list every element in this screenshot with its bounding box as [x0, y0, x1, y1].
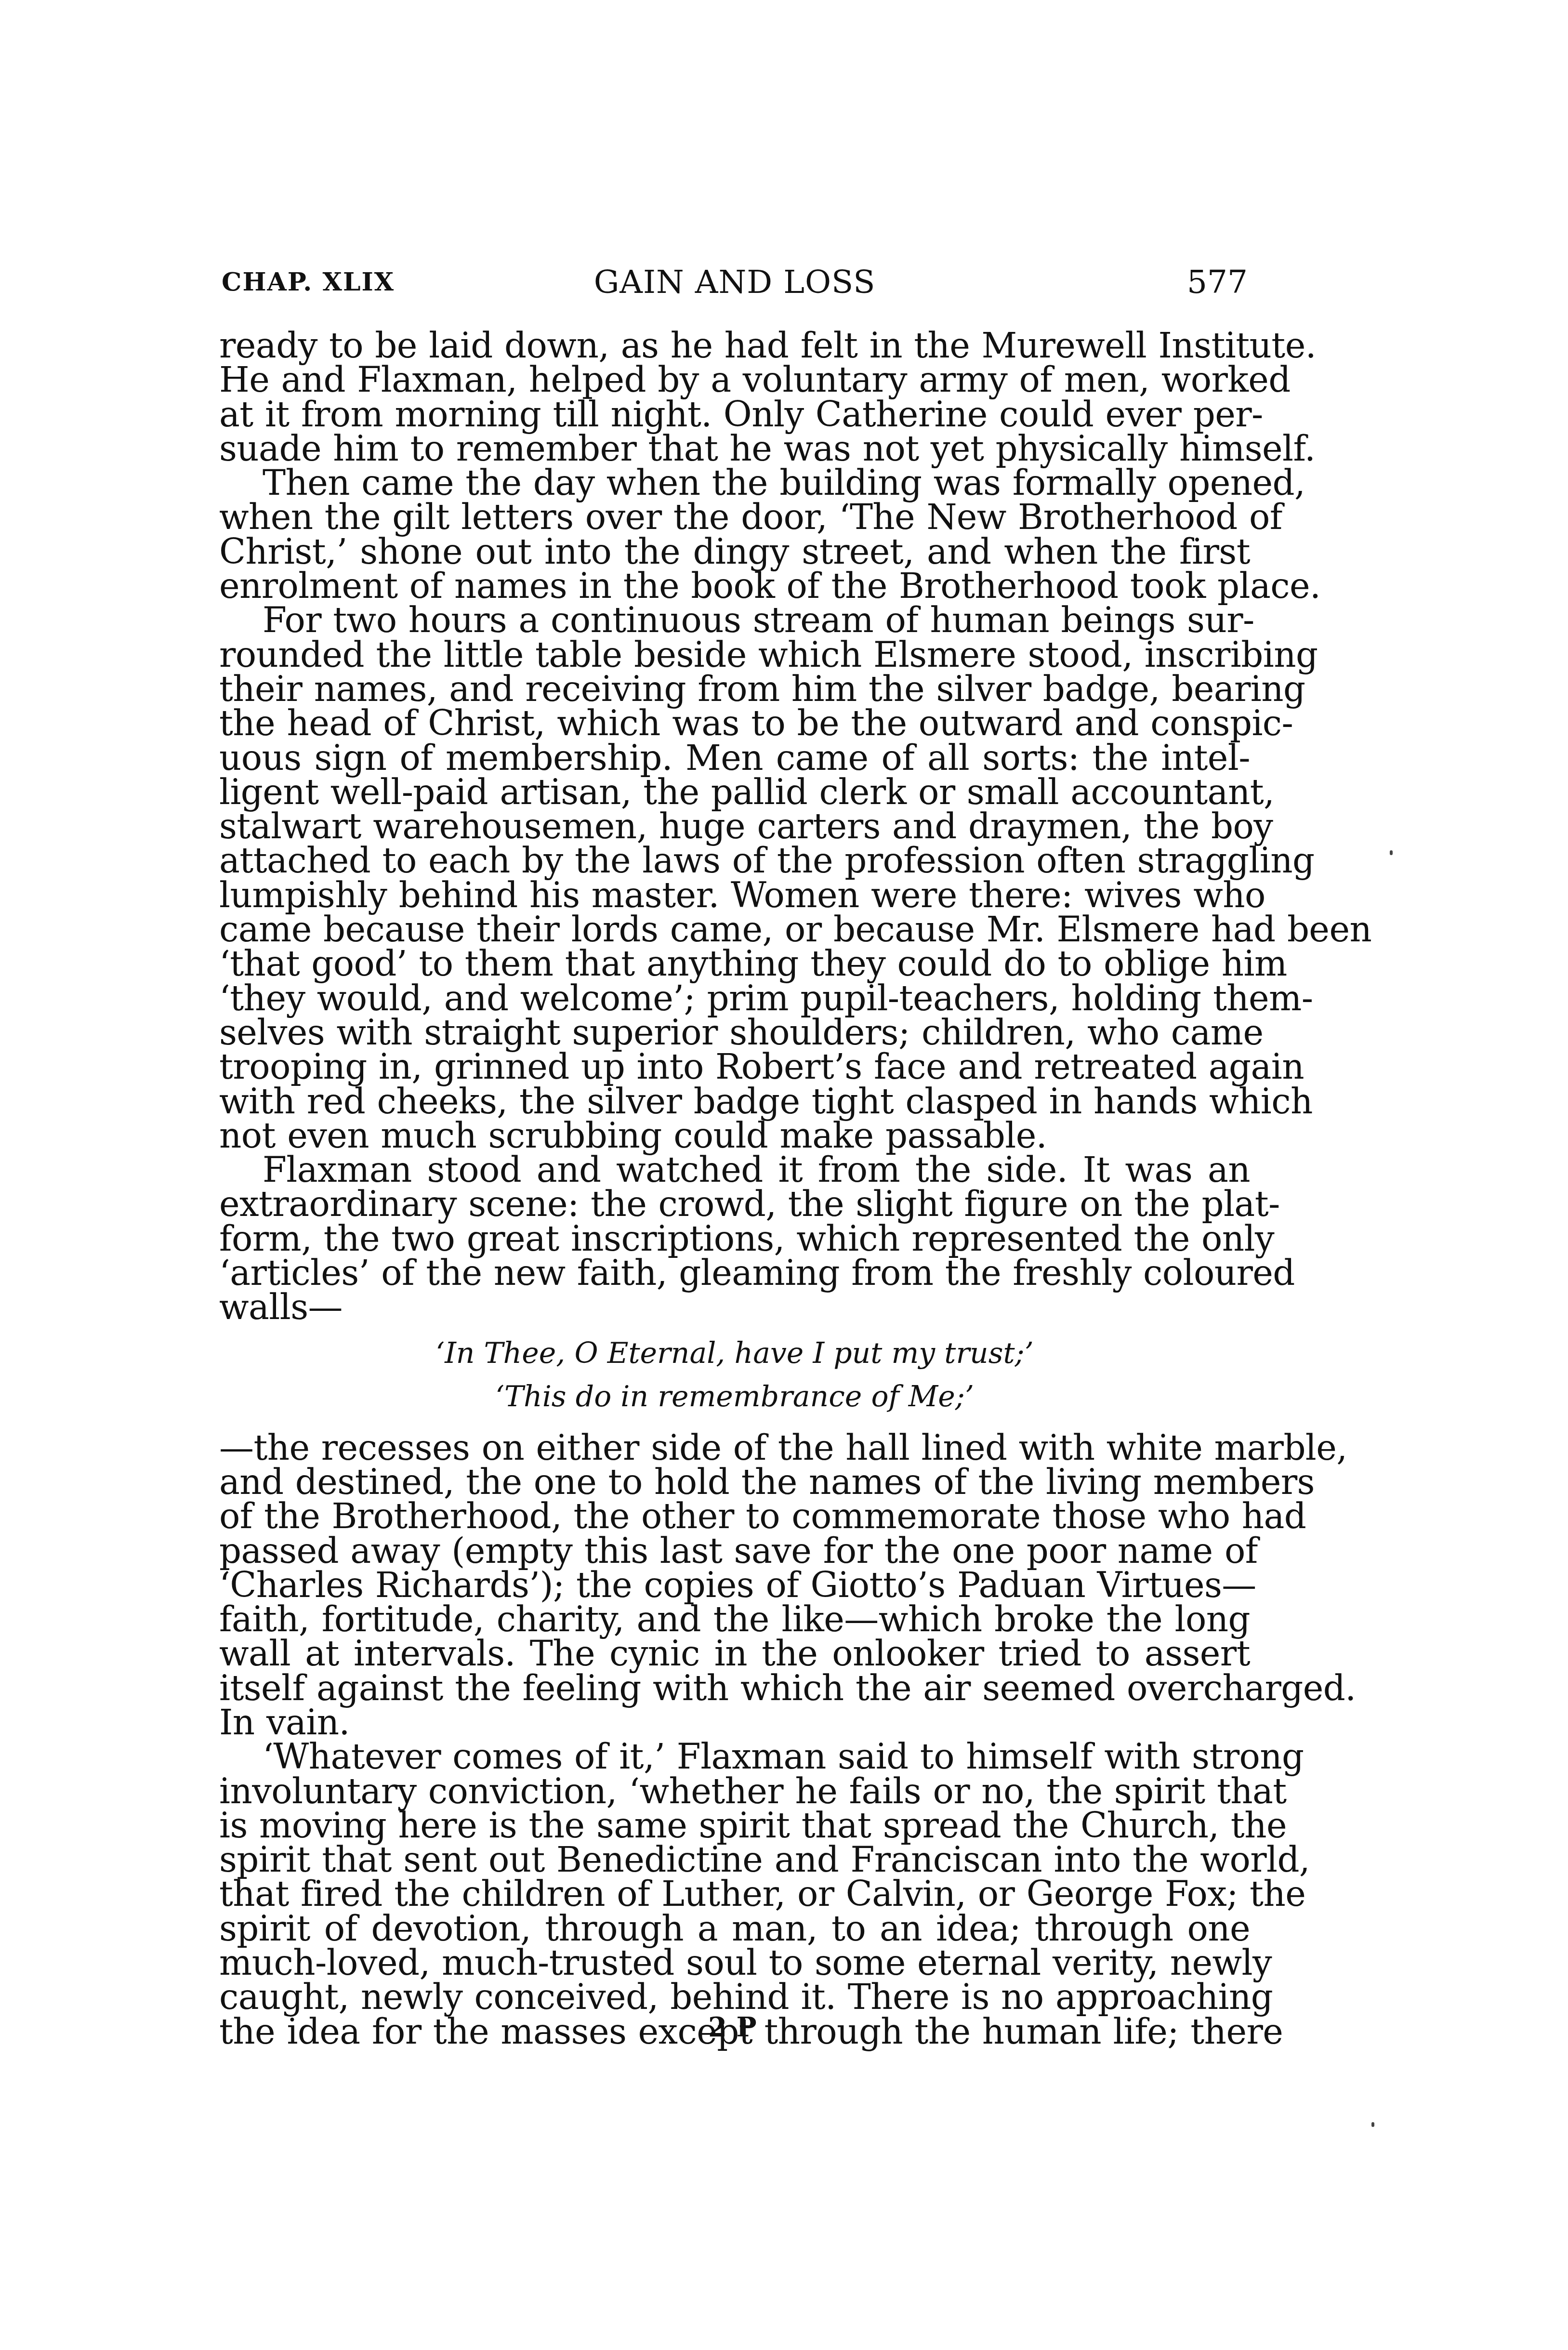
text-line: lumpishly behind his master. Women were … — [219, 878, 1250, 912]
text-line: faith, fortitude, charity, and the like—… — [219, 1602, 1250, 1637]
text-line: attached to each by the laws of the prof… — [219, 844, 1250, 878]
text-line: caught, newly conceived, behind it. Ther… — [219, 1980, 1250, 2014]
paragraph: Then came the day when the building was … — [219, 466, 1250, 603]
text-line: their names, and receiving from him the … — [219, 672, 1250, 706]
text-line: ‘they would, and welcome’; prim pupil-te… — [219, 981, 1250, 1016]
margin-speck — [1371, 2122, 1374, 2127]
paragraph: —the recesses on either side of the hall… — [219, 1431, 1250, 1740]
text-line: ‘Charles Richards’); the copies of Giott… — [219, 1568, 1250, 1602]
text-line: Then came the day when the building was … — [219, 466, 1250, 500]
text-line: He and Flaxman, helped by a voluntary ar… — [219, 363, 1250, 397]
text-line: not even much scrubbing could make passa… — [219, 1119, 1250, 1153]
text-line: the head of Christ, which was to be the … — [219, 706, 1250, 740]
book-page: CHAP. XLIX GAIN AND LOSS 577 ready to be… — [0, 0, 1568, 2350]
signature-mark: 2 P — [708, 2011, 757, 2043]
margin-speck — [1390, 850, 1393, 855]
text-line: came because their lords came, or becaus… — [219, 912, 1250, 947]
text-line: selves with straight superior shoulders;… — [219, 1016, 1250, 1050]
text-line: For two hours a continuous stream of hum… — [219, 603, 1250, 637]
paragraph: ready to be laid down, as he had felt in… — [219, 329, 1250, 466]
text-line: ‘Whatever comes of it,’ Flaxman said to … — [219, 1740, 1250, 1774]
text-line: suade him to remember that he was not ye… — [219, 432, 1250, 466]
text-line: passed away (empty this last save for th… — [219, 1534, 1250, 1568]
text-line: In vain. — [219, 1705, 1250, 1740]
text-line: form, the two great inscriptions, which … — [219, 1222, 1250, 1256]
text-line: when the gilt letters over the door, ‘Th… — [219, 500, 1250, 534]
text-line: —the recesses on either side of the hall… — [219, 1431, 1250, 1465]
inscription-line: ‘In Thee, O Eternal, have I put my trust… — [219, 1332, 1250, 1375]
text-line: much-loved, much-trusted soul to some et… — [219, 1946, 1250, 1980]
page-number: 577 — [1187, 264, 1248, 301]
inscriptions-block: ‘In Thee, O Eternal, have I put my trust… — [219, 1332, 1250, 1418]
inscription-line: ‘This do in remembrance of Me;’ — [219, 1375, 1250, 1418]
text-line: enrolment of names in the book of the Br… — [219, 569, 1250, 603]
text-line: at it from morning till night. Only Cath… — [219, 397, 1250, 432]
paragraph: ‘Whatever comes of it,’ Flaxman said to … — [219, 1740, 1250, 2049]
text-line: ready to be laid down, as he had felt in… — [219, 329, 1250, 363]
paragraph: For two hours a continuous stream of hum… — [219, 603, 1250, 1153]
text-line: that fired the children of Luther, or Ca… — [219, 1877, 1250, 1911]
text-line: trooping in, grinned up into Robert’s fa… — [219, 1050, 1250, 1084]
text-line: ‘articles’ of the new faith, gleaming fr… — [219, 1256, 1250, 1290]
text-line: ligent well-paid artisan, the pallid cle… — [219, 775, 1250, 809]
text-line: ‘that good’ to them that anything they c… — [219, 947, 1250, 981]
text-line: with red cheeks, the silver badge tight … — [219, 1084, 1250, 1119]
text-line: itself against the feeling with which th… — [219, 1671, 1250, 1705]
text-line: walls— — [219, 1290, 1250, 1324]
text-line: spirit that sent out Benedictine and Fra… — [219, 1843, 1250, 1877]
text-line: Christ,’ shone out into the dingy street… — [219, 535, 1250, 569]
text-line: of the Brotherhood, the other to commemo… — [219, 1499, 1250, 1533]
page-body: ready to be laid down, as he had felt in… — [219, 329, 1250, 2049]
text-line: wall at intervals. The cynic in the onlo… — [219, 1637, 1250, 1671]
text-line: uous sign of membership. Men came of all… — [219, 741, 1250, 775]
paragraph: Flaxman stood and watched it from the si… — [219, 1153, 1250, 1324]
text-line: extraordinary scene: the crowd, the slig… — [219, 1187, 1250, 1221]
chapter-title: GAIN AND LOSS — [222, 264, 1248, 301]
running-head: CHAP. XLIX GAIN AND LOSS 577 — [222, 267, 1248, 316]
text-line: stalwart warehousemen, huge carters and … — [219, 809, 1250, 844]
text-line: Flaxman stood and watched it from the si… — [219, 1153, 1250, 1187]
text-line: rounded the little table beside which El… — [219, 638, 1250, 672]
text-line: is moving here is the same spirit that s… — [219, 1809, 1250, 1843]
text-line: and destined, the one to hold the names … — [219, 1465, 1250, 1499]
text-line: involuntary conviction, ‘whether he fail… — [219, 1774, 1250, 1809]
text-line: spirit of devotion, through a man, to an… — [219, 1912, 1250, 1946]
